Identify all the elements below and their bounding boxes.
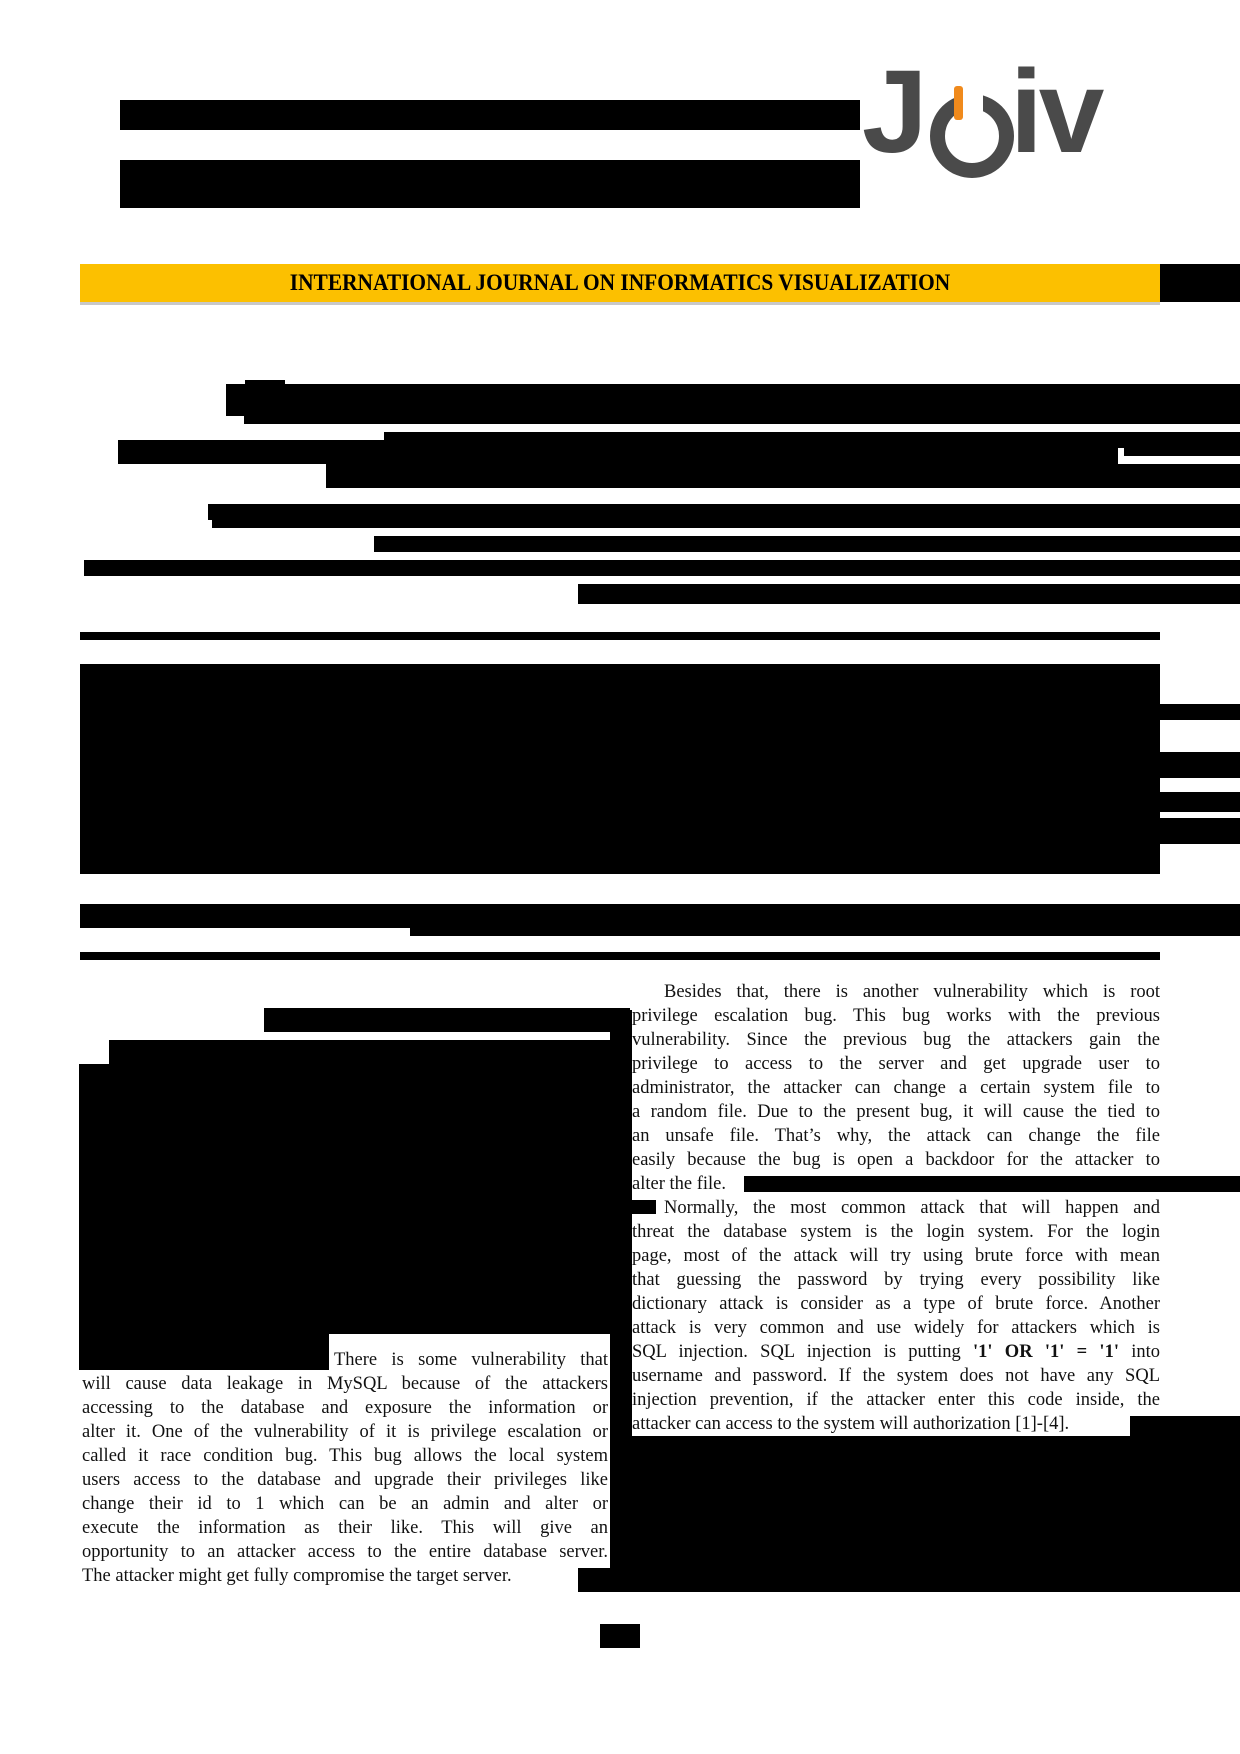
- left-line-4: called it race condition bug. This bug a…: [82, 1444, 608, 1468]
- redacted-journal-citation-line1-lead: [120, 104, 180, 122]
- redacted-abstract-overflow-3: [1160, 792, 1240, 812]
- separator-rule-top: [80, 632, 1160, 640]
- right-p1-line-7: easily because the bug is open a backdoo…: [632, 1148, 1160, 1172]
- right-p1-line-2: vulnerability. Since the previous bug th…: [632, 1028, 1160, 1052]
- left-column-text: There is some vulnerability that will ca…: [82, 1348, 608, 1588]
- right-p2-line-4: dictionary attack is consider as a type …: [632, 1292, 1160, 1316]
- left-line-0: There is some vulnerability that: [82, 1348, 608, 1372]
- redacted-right-gutter-band: [610, 1010, 632, 1592]
- redacted-left-paragraph-start: [109, 1040, 630, 1064]
- right-p1-line-5: a random file. Due to the present bug, i…: [632, 1100, 1160, 1124]
- sql-line-after: into: [1119, 1342, 1160, 1362]
- sql-injection-code: '1' OR '1' = '1': [973, 1342, 1119, 1362]
- redacted-abstract-overflow-2: [1160, 752, 1240, 778]
- left-partial-line: There is some vulnerability that: [334, 1350, 608, 1370]
- redacted-authors-line3: [326, 464, 1240, 488]
- redacted-journal-citation-line2: [120, 160, 860, 208]
- redacted-right-p1-tail: [744, 1176, 1240, 1192]
- redacted-affiliation-line3: [84, 560, 1240, 576]
- sql-line-before: SQL injection. SQL injection is putting: [632, 1342, 973, 1362]
- left-line-1: will cause data leakage in MySQL because…: [82, 1372, 608, 1396]
- redacted-authors-line2-tail: [1124, 440, 1240, 456]
- right-p2-sql-line: SQL injection. SQL injection is putting …: [632, 1340, 1160, 1364]
- logo-power-bar-icon: [954, 86, 963, 120]
- redacted-abstract: [80, 664, 1160, 874]
- journal-banner: INTERNATIONAL JOURNAL ON INFORMATICS VIS…: [80, 264, 1160, 302]
- right-p2-line-8: injection prevention, if the attacker en…: [632, 1388, 1160, 1412]
- right-p1-line-6: an unsafe file. That’s why, the attack c…: [632, 1124, 1160, 1148]
- redacted-page-number: [600, 1624, 640, 1648]
- right-column-text: Besides that, there is another vulnerabi…: [632, 980, 1160, 1436]
- logo-power-ring-icon: [930, 94, 1014, 178]
- left-line-2: accessing to the database and exposure t…: [82, 1396, 608, 1420]
- right-p1-first-line: Besides that, there is another vulnerabi…: [664, 982, 1160, 1002]
- redacted-affiliation-line2: [374, 536, 1240, 552]
- left-last-line: The attacker might get fully compromise …: [82, 1564, 608, 1588]
- redacted-left-paragraph-body: [79, 1064, 630, 1334]
- logo-letter-j: J: [862, 62, 928, 162]
- left-line-6: change their id to 1 which can be an adm…: [82, 1492, 608, 1516]
- separator-rule-bottom: [80, 952, 1160, 960]
- right-p1-line-0: Besides that, there is another vulnerabi…: [632, 980, 1160, 1004]
- left-line-3: alter it. One of the vulnerability of it…: [82, 1420, 608, 1444]
- redacted-right-figure: [630, 1436, 1240, 1592]
- redacted-paper-title-line1-b: [245, 380, 285, 386]
- right-p2-line-0: Normally, the most common attack that wi…: [632, 1196, 1160, 1220]
- redacted-banner-tail: [1160, 264, 1240, 302]
- redacted-keywords: [80, 904, 1240, 928]
- redacted-abstract-overflow-1: [1160, 704, 1240, 720]
- right-p1-line-3: privilege to access to the server and ge…: [632, 1052, 1160, 1076]
- redacted-right-p2-indent: [632, 1200, 656, 1214]
- redacted-authors-line2: [118, 440, 1118, 464]
- right-p2-last-line: attacker can access to the system will a…: [632, 1412, 1160, 1436]
- redacted-section-heading: [264, 1008, 630, 1032]
- redacted-paper-title-line2: [244, 416, 1240, 424]
- left-line-5: users access to the database and upgrade…: [82, 1468, 608, 1492]
- redacted-email-line: [578, 584, 1240, 604]
- redacted-keywords-line2: [410, 928, 1240, 936]
- redacted-affiliation-line1-b: [212, 520, 1240, 528]
- right-p2-line-7: username and password. If the system doe…: [632, 1364, 1160, 1388]
- right-p2-line-1: threat the database system is the login …: [632, 1220, 1160, 1244]
- joiv-logo: J iv: [862, 62, 1112, 177]
- right-p2-line-5: attack is very common and use widely for…: [632, 1316, 1160, 1340]
- redacted-journal-citation-line1: [120, 100, 860, 130]
- logo-letters-iv: iv: [1010, 62, 1100, 162]
- left-line-7: execute the information as their like. T…: [82, 1516, 608, 1540]
- right-p2-line-2: page, most of the attack will try using …: [632, 1244, 1160, 1268]
- right-p2-first-line: Normally, the most common attack that wi…: [664, 1198, 1160, 1218]
- journal-name: INTERNATIONAL JOURNAL ON INFORMATICS VIS…: [118, 264, 1122, 302]
- right-p2-line-3: that guessing the password by trying eve…: [632, 1268, 1160, 1292]
- redacted-paper-title-line1: [226, 384, 1240, 416]
- right-p1-line-1: privilege escalation bug. This bug works…: [632, 1004, 1160, 1028]
- redacted-right-p2-end: [1130, 1416, 1240, 1436]
- right-p1-line-4: administrator, the attacker can change a…: [632, 1076, 1160, 1100]
- left-line-8: opportunity to an attacker access to the…: [82, 1540, 608, 1564]
- redacted-affiliation-line1: [208, 504, 1240, 520]
- redacted-abstract-overflow-4: [1160, 818, 1240, 844]
